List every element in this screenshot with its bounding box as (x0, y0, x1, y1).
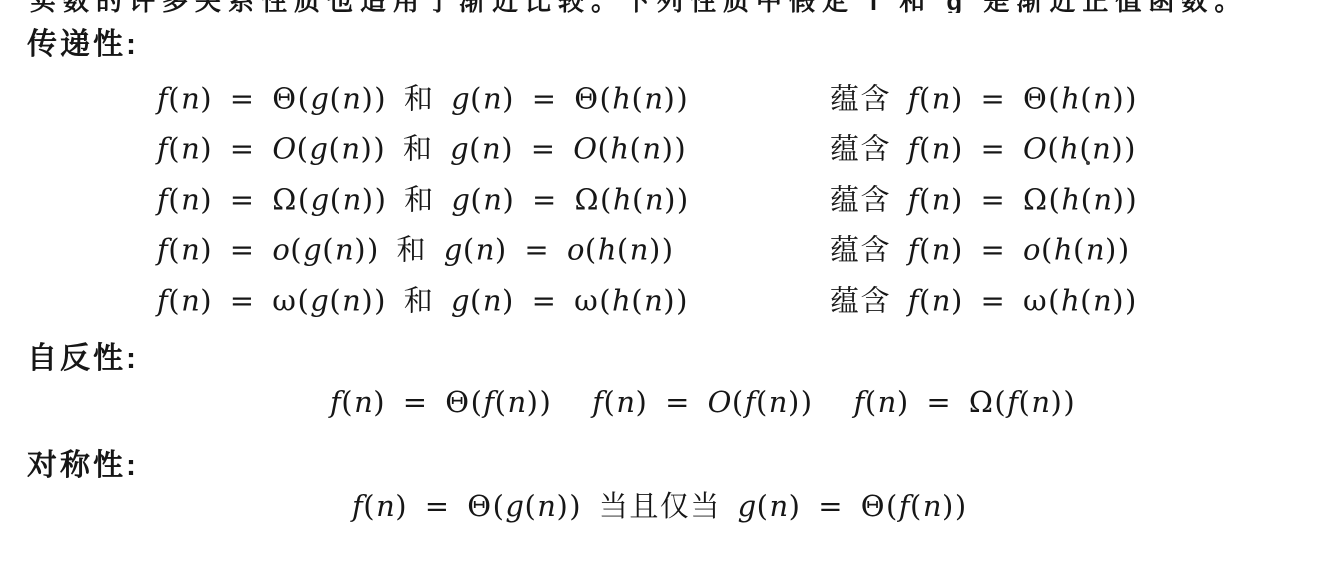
transitivity-conclusion: 蕴含 f(n) = ω(h(n)) (830, 278, 1138, 319)
transitivity-premise: f(n) = o(g(n)) 和 g(n) = o(h(n)) (157, 228, 675, 269)
transitivity-row: f(n) = Θ(g(n)) 和 g(n) = Θ(h(n))蕴含 f(n) =… (0, 71, 1344, 122)
section-heading-symmetry: 对称性: (27, 440, 139, 484)
reflexivity-equation: f(n) = O(f(n)) (592, 385, 813, 419)
transitivity-row: f(n) = O(g(n)) 和 g(n) = O(h(n))蕴含 f(n) =… (0, 122, 1344, 173)
section-heading-reflexivity: 自反性: (27, 333, 139, 377)
transitivity-conclusion: 蕴含 f(n) = Θ(h(n)) (830, 76, 1138, 117)
reflexivity-equation: f(n) = Ω(f(n)) (854, 385, 1077, 419)
symmetry-equation: f(n) = Θ(g(n)) 当且仅当 g(n) = Θ(f(n)) (352, 484, 968, 525)
clipped-top-text: 实数的许多关系性质也适用于渐近比较。下列性质中假定 f 和 g 是渐近正值函数。 (0, 0, 1344, 13)
reflexivity-equations: f(n) = Θ(f(n))f(n) = O(f(n))f(n) = Ω(f(n… (330, 385, 1076, 419)
reflexivity-equation: f(n) = Θ(f(n)) (330, 385, 552, 419)
textbook-scan-page: 实数的许多关系性质也适用于渐近比较。下列性质中假定 f 和 g 是渐近正值函数。… (0, 0, 1344, 579)
clipped-top-text-line: 实数的许多关系性质也适用于渐近比较。下列性质中假定 f 和 g 是渐近正值函数。 (0, 0, 1344, 13)
scan-artifact-dot (1086, 161, 1090, 165)
transitivity-conclusion: 蕴含 f(n) = o(h(n)) (830, 228, 1131, 269)
transitivity-conclusion: 蕴含 f(n) = O(h(n)) (830, 127, 1137, 168)
transitivity-premise: f(n) = O(g(n)) 和 g(n) = O(h(n)) (157, 127, 687, 168)
transitivity-premise: f(n) = ω(g(n)) 和 g(n) = ω(h(n)) (157, 278, 689, 319)
transitivity-conclusion: 蕴含 f(n) = Ω(h(n)) (830, 177, 1138, 218)
transitivity-row: f(n) = o(g(n)) 和 g(n) = o(h(n))蕴含 f(n) =… (0, 223, 1344, 274)
section-heading-transitivity: 传递性: (27, 19, 139, 63)
transitivity-premise: f(n) = Θ(g(n)) 和 g(n) = Θ(h(n)) (157, 76, 689, 117)
transitivity-premise: f(n) = Ω(g(n)) 和 g(n) = Ω(h(n)) (157, 177, 690, 218)
transitivity-row: f(n) = ω(g(n)) 和 g(n) = ω(h(n))蕴含 f(n) =… (0, 273, 1344, 324)
transitivity-row: f(n) = Ω(g(n)) 和 g(n) = Ω(h(n))蕴含 f(n) =… (0, 172, 1344, 223)
